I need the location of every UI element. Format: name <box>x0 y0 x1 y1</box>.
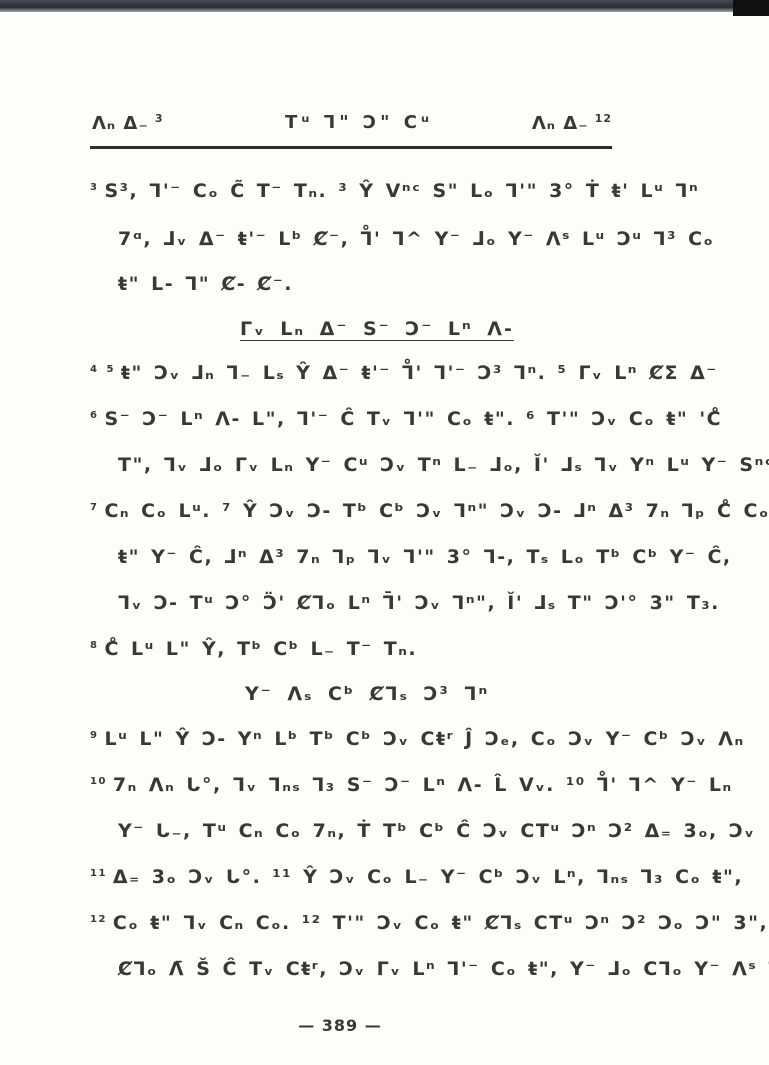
text-line: ŧ" Y⁻ Ĉ, ⅃ⁿ Δ³ 7ₙ Ꞁₚ Ꞁᵥ Ꞁ'" 3° Ꞁ-, Tₛ Lₒ… <box>118 546 732 568</box>
line-text: ȻꞀₒ Λ̄ Š Ĉ Tᵥ Cŧʳ, Ɔᵥ Γᵥ Lⁿ Ꞁ'⁻ Cₒ ŧ", Y… <box>118 958 769 980</box>
book-name-right: Λₙ Δ₋ <box>532 113 589 134</box>
line-text: Cₒ ŧ" Ꞁᵥ Cₙ Cₒ. ¹² T'" Ɔᵥ Cₒ ŧ" ȻꞀₛ CTᵘ … <box>113 912 768 934</box>
section-heading-text: Γᵥ Lₙ Δ⁻ S⁻ Ɔ⁻ Lⁿ Λ- <box>240 318 514 340</box>
running-head: Λₙ Δ₋3 Tᵘ Ꞁ" Ɔ" Cᵘ Λₙ Δ₋12 <box>90 108 612 138</box>
running-head-right: Λₙ Δ₋12 <box>532 112 612 134</box>
scan-edge-corner <box>733 0 769 16</box>
text-line: 6S⁻ Ɔ⁻ Lⁿ Λ- L", Ꞁ'⁻ Ĉ Tᵥ Ꞁ'" Cₒ ŧ". ⁶ T… <box>90 408 722 430</box>
scan-edge <box>0 0 769 12</box>
header-rule <box>90 146 612 149</box>
text-line: Ꞁᵥ Ɔ- Tᵘ Ɔ° Ɔ̈' ȻꞀₒ Lⁿ Ꞁ̄' Ɔᵥ Ꞁⁿ", Ĭ' ⅃ₛ… <box>118 592 720 614</box>
line-text: S⁻ Ɔ⁻ Lⁿ Λ- L", Ꞁ'⁻ Ĉ Tᵥ Ꞁ'" Cₒ ŧ". ⁶ T'… <box>104 408 722 430</box>
section-heading-text: Y⁻ Λₛ Cᵇ ȻꞀₛ Ɔ³ Ꞁⁿ <box>245 683 489 705</box>
book-name-left: Λₙ Δ₋ <box>92 113 149 134</box>
verse-number: 11 <box>90 868 107 879</box>
text-line: 4 5ŧ" Ɔᵥ ⅃ₙ Ꞁ₋ Lₛ Ŷ Δ⁻ ŧ'⁻ Ꞁ̊' Ꞁ'⁻ Ɔ³ Ꞁⁿ… <box>90 362 718 384</box>
text-line: 107ₙ Λₙ ᒐ°, Ꞁᵥ Ꞁₙₛ Ꞁ₃ S⁻ Ɔ⁻ Lⁿ Λ- L̂ Vᵥ.… <box>90 774 733 796</box>
line-text: Cₙ Cₒ Lᵘ. ⁷ Ŷ Ɔᵥ Ɔ- Tᵇ Cᵇ Ɔᵥ Ꞁⁿ" Ɔᵥ Ɔ- ⅃… <box>104 500 769 522</box>
text-line: 8C̊ Lᵘ L" Ŷ, Tᵇ Cᵇ L₋ T⁻ Tₙ. <box>90 638 417 660</box>
page-number: — 389 — <box>290 1016 390 1035</box>
text-line: 7ᵅ, ⅃ᵥ Δ⁻ ŧ'⁻ Lᵇ Ȼ⁻, Ꞁ̊' Ꞁ^ Y⁻ ⅃ₒ Y⁻ Λˢ … <box>118 228 714 250</box>
verse-number: 3 <box>90 182 98 193</box>
line-text: Y⁻ ᒐ₋, Tᵘ Cₙ Cₒ 7ₙ, Ṫ Tᵇ Cᵇ Ĉ Ɔᵥ CTᵘ Ɔⁿ … <box>118 820 755 842</box>
section-heading: Γᵥ Lₙ Δ⁻ S⁻ Ɔ⁻ Lⁿ Λ- <box>240 318 514 340</box>
line-text: T", Ꞁᵥ ⅃ₒ Γᵥ Lₙ Y⁻ Cᵘ Ɔᵥ Tⁿ L₋ ⅃ₒ, Ĭ' ⅃ₛ… <box>118 454 769 476</box>
text-line: 3S³, Ꞁ'⁻ Cₒ C̃ T⁻ Tₙ. ³ Ŷ Vⁿᶜ S" Lₒ Ꞁ'" … <box>90 180 699 202</box>
text-line: 7Cₙ Cₒ Lᵘ. ⁷ Ŷ Ɔᵥ Ɔ- Tᵇ Cᵇ Ɔᵥ Ꞁⁿ" Ɔᵥ Ɔ- … <box>90 500 769 522</box>
text-line: 9Lᵘ L" Ŷ Ɔ- Yⁿ Lᵇ Tᵇ Cᵇ Ɔᵥ Cŧʳ Ĵ Ɔₑ, Cₒ … <box>90 728 745 750</box>
chapter-number-left: 3 <box>155 112 164 125</box>
section-heading: Y⁻ Λₛ Cᵇ ȻꞀₛ Ɔ³ Ꞁⁿ <box>245 683 489 705</box>
running-head-title: Tᵘ Ꞁ" Ɔ" Cᵘ <box>285 112 433 133</box>
chapter-number-right: 12 <box>595 112 612 125</box>
line-text: Lᵘ L" Ŷ Ɔ- Yⁿ Lᵇ Tᵇ Cᵇ Ɔᵥ Cŧʳ Ĵ Ɔₑ, Cₒ Ɔ… <box>104 728 744 750</box>
line-text: 7ₙ Λₙ ᒐ°, Ꞁᵥ Ꞁₙₛ Ꞁ₃ S⁻ Ɔ⁻ Lⁿ Λ- L̂ Vᵥ. ¹… <box>113 774 733 796</box>
line-text: ŧ" Y⁻ Ĉ, ⅃ⁿ Δ³ 7ₙ Ꞁₚ Ꞁᵥ Ꞁ'" 3° Ꞁ-, Tₛ Lₒ… <box>118 546 732 568</box>
line-text: ŧ" L- Ꞁ" Ȼ- Ȼ⁻. <box>118 273 293 295</box>
verse-number: 4 5 <box>90 364 115 375</box>
text-line: ŧ" L- Ꞁ" Ȼ- Ȼ⁻. <box>118 273 293 295</box>
verse-number: 8 <box>90 640 98 651</box>
text-line: T", Ꞁᵥ ⅃ₒ Γᵥ Lₙ Y⁻ Cᵘ Ɔᵥ Tⁿ L₋ ⅃ₒ, Ĭ' ⅃ₛ… <box>118 454 769 476</box>
text-line: 11Δ₌ 3ₒ Ɔᵥ ᒐ°. ¹¹ Ŷ Ɔᵥ Cₒ L₋ Y⁻ Cᵇ Ɔᵥ Lⁿ… <box>90 866 743 888</box>
line-text: C̊ Lᵘ L" Ŷ, Tᵇ Cᵇ L₋ T⁻ Tₙ. <box>104 638 417 660</box>
verse-number: 12 <box>90 914 107 925</box>
text-line: ȻꞀₒ Λ̄ Š Ĉ Tᵥ Cŧʳ, Ɔᵥ Γᵥ Lⁿ Ꞁ'⁻ Cₒ ŧ", Y… <box>118 958 769 980</box>
line-text: S³, Ꞁ'⁻ Cₒ C̃ T⁻ Tₙ. ³ Ŷ Vⁿᶜ S" Lₒ Ꞁ'" 3… <box>104 180 699 202</box>
text-line: Y⁻ ᒐ₋, Tᵘ Cₙ Cₒ 7ₙ, Ṫ Tᵇ Cᵇ Ĉ Ɔᵥ CTᵘ Ɔⁿ … <box>118 820 755 842</box>
text-line: 12Cₒ ŧ" Ꞁᵥ Cₙ Cₒ. ¹² T'" Ɔᵥ Cₒ ŧ" ȻꞀₛ CT… <box>90 912 768 934</box>
verse-number: 7 <box>90 502 98 513</box>
line-text: Ꞁᵥ Ɔ- Tᵘ Ɔ° Ɔ̈' ȻꞀₒ Lⁿ Ꞁ̄' Ɔᵥ Ꞁⁿ", Ĭ' ⅃ₛ… <box>118 592 720 614</box>
running-head-left: Λₙ Δ₋3 <box>92 112 164 134</box>
verse-number: 9 <box>90 730 98 741</box>
line-text: Δ₌ 3ₒ Ɔᵥ ᒐ°. ¹¹ Ŷ Ɔᵥ Cₒ L₋ Y⁻ Cᵇ Ɔᵥ Lⁿ, … <box>113 866 743 888</box>
verse-number: 6 <box>90 410 98 421</box>
line-text: 7ᵅ, ⅃ᵥ Δ⁻ ŧ'⁻ Lᵇ Ȼ⁻, Ꞁ̊' Ꞁ^ Y⁻ ⅃ₒ Y⁻ Λˢ … <box>118 228 714 250</box>
verse-number: 10 <box>90 776 107 787</box>
line-text: ŧ" Ɔᵥ ⅃ₙ Ꞁ₋ Lₛ Ŷ Δ⁻ ŧ'⁻ Ꞁ̊' Ꞁ'⁻ Ɔ³ Ꞁⁿ. ⁵… <box>121 362 718 384</box>
